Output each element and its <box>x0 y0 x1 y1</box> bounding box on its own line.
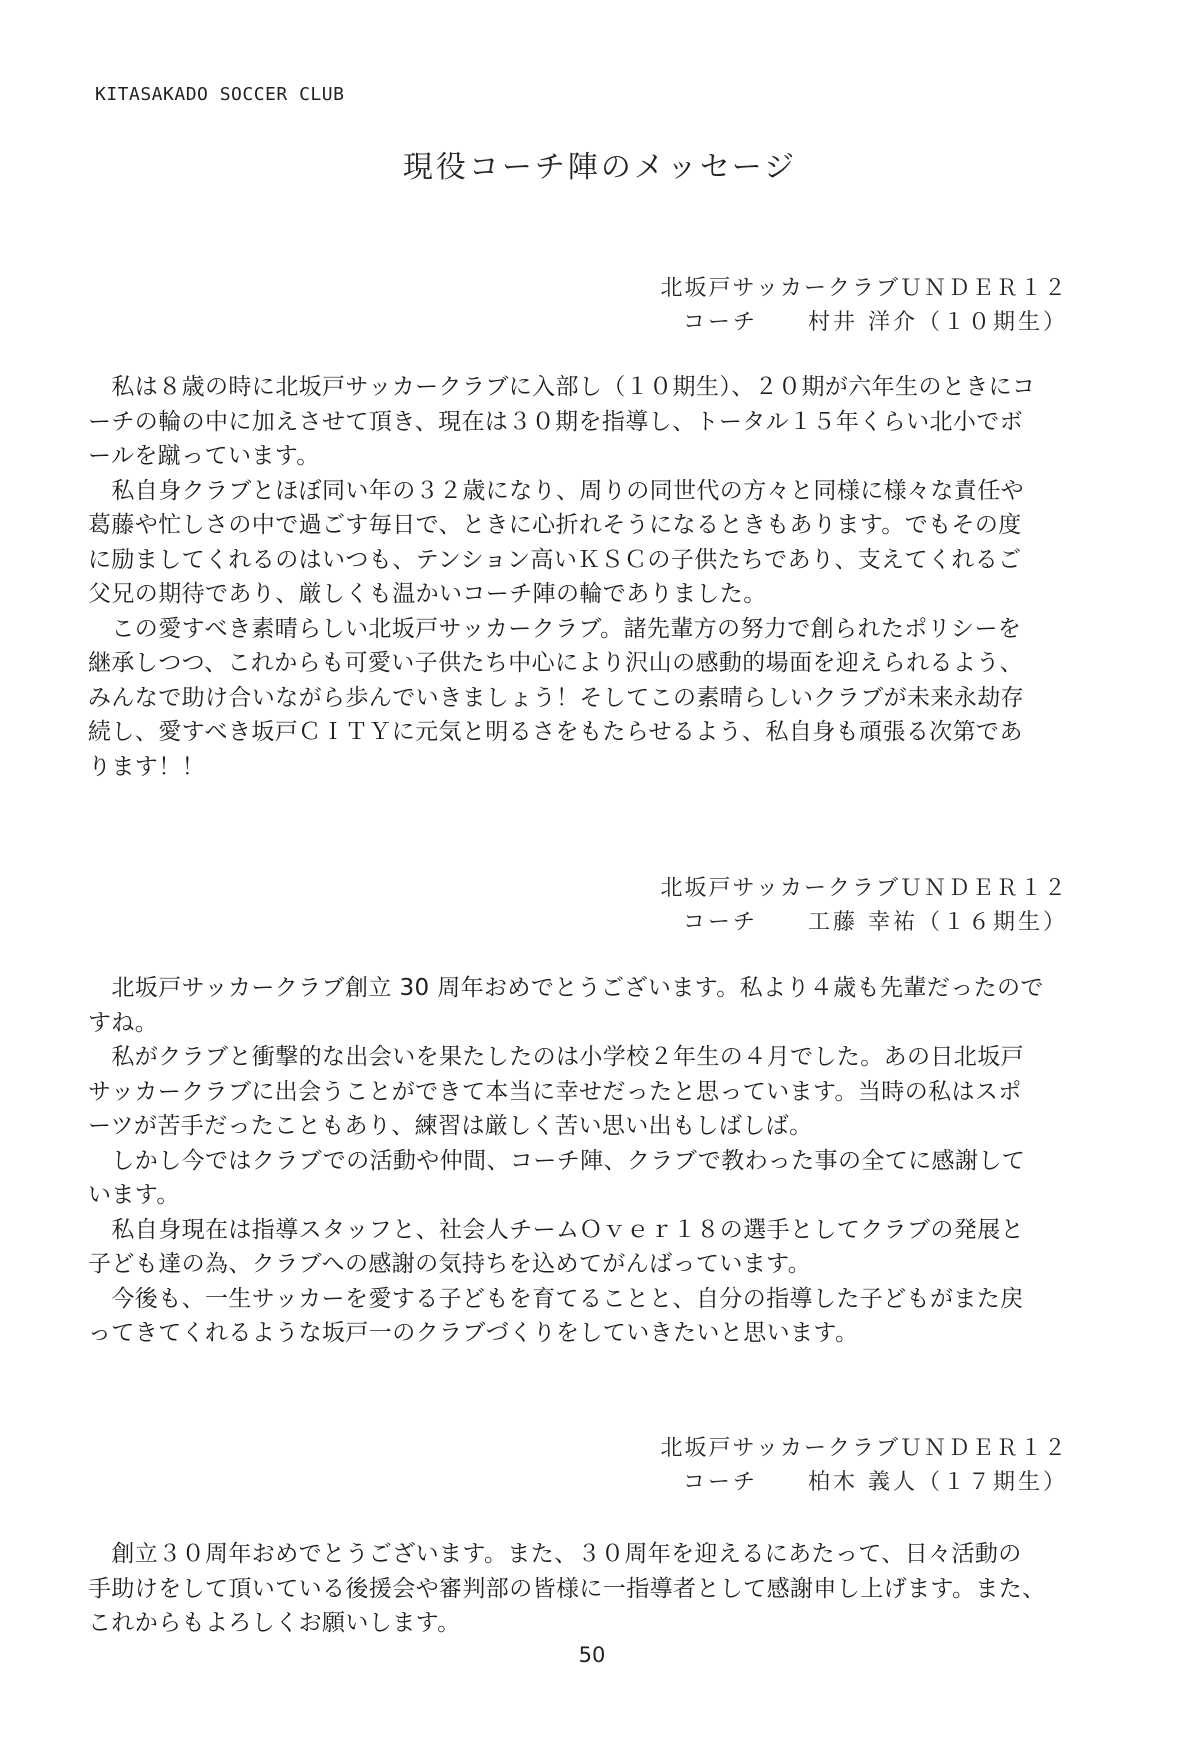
section-3-coach-line: コーチ 柏木 義人（１７期生） <box>660 1466 1068 1500</box>
section-1-message-body: 私は８歳の時に北坂戸サッカークラブに入部し（１０期生）、２０期が六年生のときにコ… <box>88 370 1083 784</box>
section-1-coach-line: コーチ 村井 洋介（１０期生） <box>660 306 1068 340</box>
section-2-coach-line: コーチ 工藤 幸祐（１６期生） <box>660 906 1068 940</box>
section-2-heading: 北坂戸サッカークラブＵＮＤＥＲ１２ コーチ 工藤 幸祐（１６期生） <box>660 872 1068 940</box>
section-2-org-line: 北坂戸サッカークラブＵＮＤＥＲ１２ <box>660 872 1068 906</box>
section-2-message-body: 北坂戸サッカークラブ創立 30 周年おめでとうございます。私より４歳も先輩だった… <box>88 971 1083 1351</box>
section-1-heading: 北坂戸サッカークラブＵＮＤＥＲ１２ コーチ 村井 洋介（１０期生） <box>660 272 1068 340</box>
club-name-header: KITASAKADO SOCCER CLUB <box>95 84 344 105</box>
page-number: 50 <box>0 1643 1184 1667</box>
section-3-org-line: 北坂戸サッカークラブＵＮＤＥＲ１２ <box>660 1432 1068 1466</box>
document-page: KITASAKADO SOCCER CLUB 現役コーチ陣のメッセージ 北坂戸サ… <box>0 0 1200 1746</box>
section-3-message-body: 創立３０周年おめでとうございます。また、３０周年を迎えるにあたって、日々活動の … <box>88 1537 1083 1641</box>
page-title: 現役コーチ陣のメッセージ <box>0 142 1200 186</box>
section-3-heading: 北坂戸サッカークラブＵＮＤＥＲ１２ コーチ 柏木 義人（１７期生） <box>660 1432 1068 1500</box>
section-1-org-line: 北坂戸サッカークラブＵＮＤＥＲ１２ <box>660 272 1068 306</box>
